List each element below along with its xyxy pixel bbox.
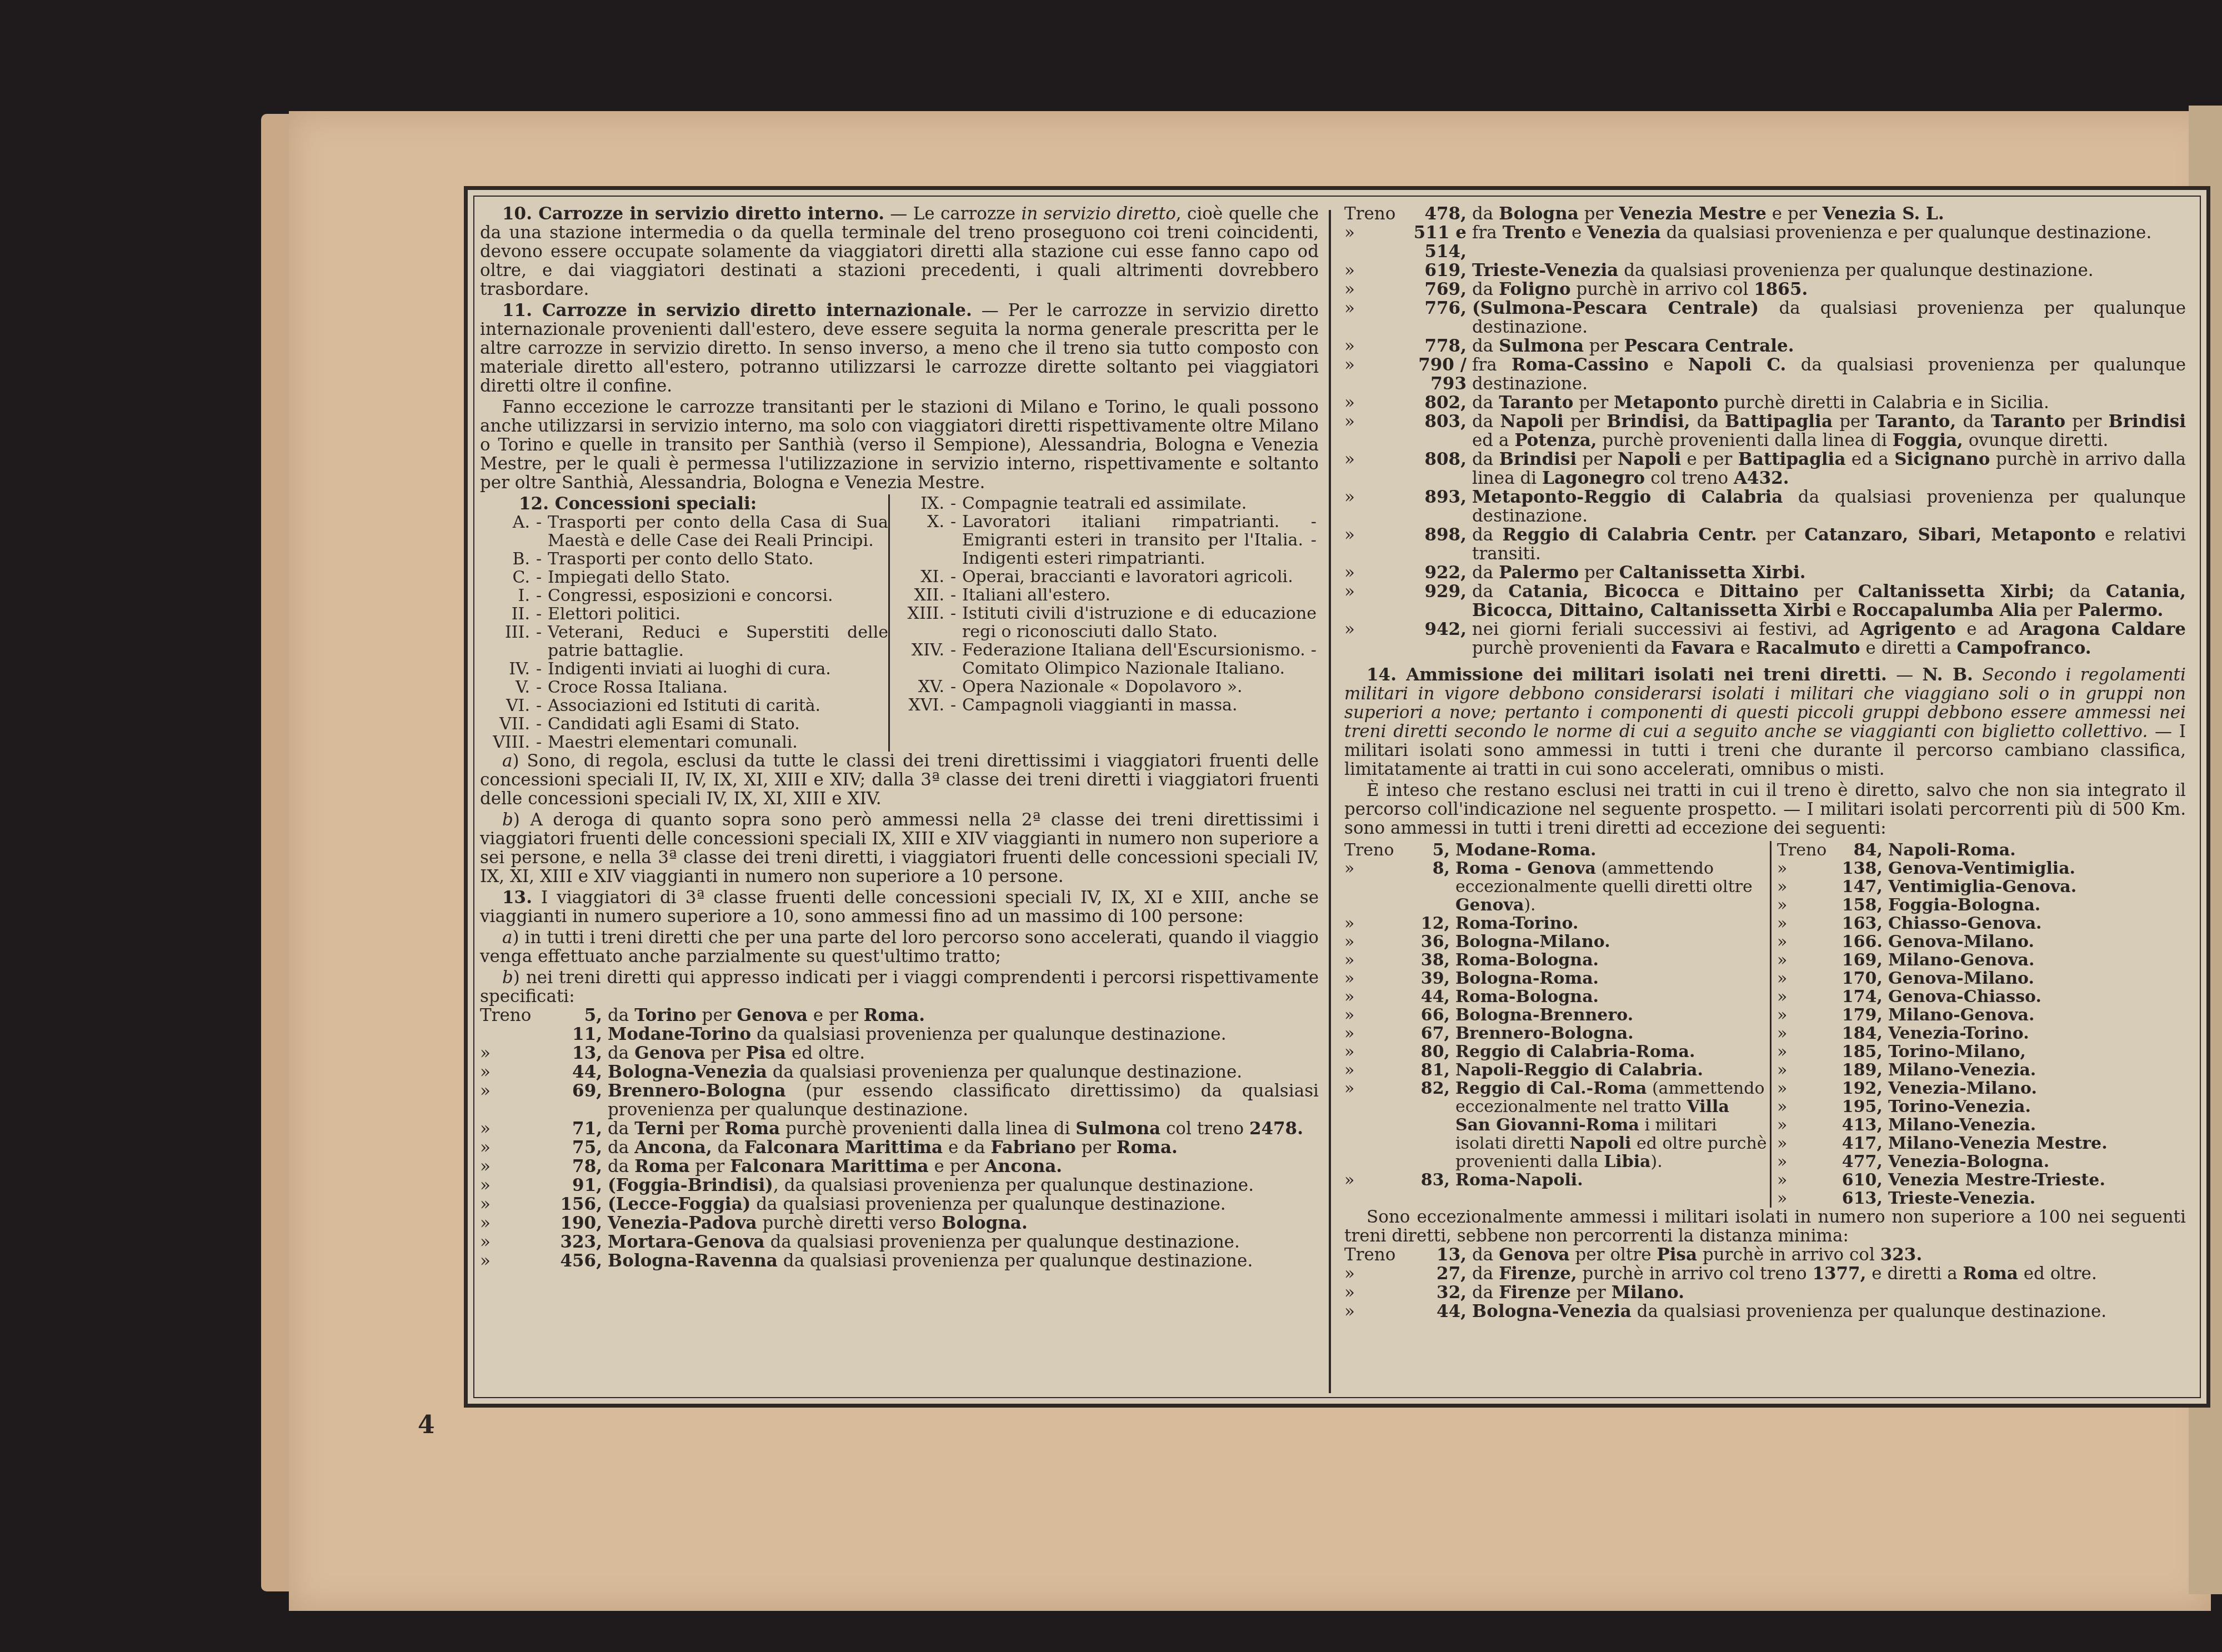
concession-item: A.-Trasporti per conto della Casa di Sua… <box>480 513 888 550</box>
section-14: 14. Ammissione dei militari isolati nei … <box>1344 665 2186 779</box>
treno-label: » <box>1344 1264 1405 1283</box>
concession-item: VIII.-Maestri elementari comunali. <box>480 733 888 752</box>
train-number: 170, <box>1833 969 1888 988</box>
train-description: Bologna-Venezia da qualsiasi provenienza… <box>1472 1302 2186 1321</box>
concessioni-left-items: A.-Trasporti per conto della Casa di Sua… <box>480 513 888 752</box>
dash-separator: - <box>944 641 962 678</box>
train-number: 38, <box>1400 951 1455 969</box>
train-row: »898,da Reggio di Calabria Centr. per Ca… <box>1344 525 2186 563</box>
concession-code: I. <box>480 587 530 605</box>
train-row: »75,da Ancona, da Falconara Marittima e … <box>480 1138 1319 1157</box>
train-number: 192, <box>1833 1079 1888 1098</box>
train-number: 5, <box>541 1006 608 1025</box>
train-description: Mortara-Genova da qualsiasi provenienza … <box>608 1233 1319 1251</box>
train-number: 166. <box>1833 933 1888 951</box>
train-row: »808,da Brindisi per Napoli e per Battip… <box>1344 450 2186 488</box>
train-number: 44, <box>1405 1302 1472 1321</box>
train-number: 138, <box>1833 859 1888 878</box>
treno-label: » <box>1344 393 1405 412</box>
train-number: 613, <box>1833 1189 1888 1208</box>
concession-code: XVI. <box>894 696 944 714</box>
military-train-row: »36,Bologna-Milano. <box>1344 933 1770 951</box>
concession-item: XII.-Italiani all'estero. <box>894 586 1317 604</box>
section-12-b: b) A deroga di quanto sopra sono però am… <box>480 810 1319 886</box>
treno-label: » <box>1344 261 1405 280</box>
train-row: Treno478,da Bologna per Venezia Mestre e… <box>1344 204 2186 223</box>
train-row: »893,Metaponto-Reggio di Calabria da qua… <box>1344 488 2186 525</box>
train-number: 179, <box>1833 1006 1888 1024</box>
military-train-row: »81,Napoli-Reggio di Calabria. <box>1344 1061 1770 1079</box>
concession-text: Associazioni ed Istituti di carità. <box>548 697 888 715</box>
treno-label: » <box>1777 1171 1833 1189</box>
train-number: 36, <box>1400 933 1455 951</box>
train-row: »13,da Genova per Pisa ed oltre. <box>480 1044 1319 1063</box>
concession-text: Elettori politici. <box>548 605 888 623</box>
concession-code: VIII. <box>480 733 530 752</box>
concession-text: Veterani, Reduci e Superstiti delle patr… <box>548 623 888 660</box>
train-row: »323,Mortara-Genova da qualsiasi proveni… <box>480 1233 1319 1251</box>
train-description: Roma-Bologna. <box>1455 951 1770 969</box>
concession-text: Lavoratori italiani rimpatrianti. - Emig… <box>962 513 1317 568</box>
train-description: Trieste-Venezia. <box>1888 1189 2186 1208</box>
treno-label: » <box>1344 1079 1400 1171</box>
treno-label: » <box>1344 1024 1400 1043</box>
dash-separator: - <box>530 678 548 697</box>
treno-label: » <box>1344 412 1405 450</box>
train-number: 67, <box>1400 1024 1455 1043</box>
train-number: 84, <box>1833 841 1888 859</box>
train-row: »69,Brennero-Bologna (pur essendo classi… <box>480 1082 1319 1119</box>
military-train-row: »8,Roma - Genova (ammettendo eccezionalm… <box>1344 859 1770 914</box>
train-number: 189, <box>1833 1061 1888 1079</box>
dash-separator: - <box>530 623 548 660</box>
train-description: Trieste-Venezia da qualsiasi provenienza… <box>1472 261 2186 280</box>
concession-text: Croce Rossa Italiana. <box>548 678 888 697</box>
military-train-row: »163,Chiasso-Genova. <box>1777 914 2186 933</box>
train-row: »802,da Taranto per Metaponto purchè dir… <box>1344 393 2186 412</box>
train-description: fra Roma-Cassino e Napoli C. da qualsias… <box>1472 356 2186 393</box>
left-column: 10. Carrozze in servizio diretto interno… <box>480 204 1319 1270</box>
treno-label: » <box>1344 951 1400 969</box>
train-description: Genova-Chiasso. <box>1888 988 2186 1006</box>
military-train-row: »195,Torino-Venezia. <box>1777 1098 2186 1116</box>
military-train-row: »12,Roma-Torino. <box>1344 914 1770 933</box>
train-description: Modane-Roma. <box>1455 841 1770 859</box>
train-description: da Roma per Falconara Marittima e per An… <box>608 1157 1319 1176</box>
treno-label: » <box>1777 969 1833 988</box>
concession-item: I.-Congressi, esposizioni e concorsi. <box>480 587 888 605</box>
train-description: Milano-Genova. <box>1888 951 2186 969</box>
train-number: 156, <box>541 1195 608 1214</box>
train-number: 158, <box>1833 896 1888 914</box>
train-row: »922,da Palermo per Caltanissetta Xirbi. <box>1344 563 2186 582</box>
train-number: 898, <box>1405 525 1472 563</box>
train-description: Genova-Ventimiglia. <box>1888 859 2186 878</box>
dash-separator: - <box>530 660 548 678</box>
train-number: 929, <box>1405 582 1472 620</box>
train-description: da Brindisi per Napoli e per Battipaglia… <box>1472 450 2186 488</box>
concession-code: C. <box>480 568 530 587</box>
concession-item: XVI.-Campagnoli viaggianti in massa. <box>894 696 1317 714</box>
treno-label: » <box>1777 896 1833 914</box>
train-description: da Torino per Genova e per Roma. <box>608 1006 1319 1025</box>
treno-label: » <box>480 1044 541 1063</box>
train-description: Roma-Napoli. <box>1455 1171 1770 1189</box>
concession-text: Trasporti per conto della Casa di Sua Ma… <box>548 513 888 550</box>
military-train-row: »185,Torino-Milano, <box>1777 1043 2186 1061</box>
train-description: Bologna-Roma. <box>1455 969 1770 988</box>
train-number: 147, <box>1833 878 1888 896</box>
treno-label: » <box>1344 280 1405 299</box>
train-number: 91, <box>541 1176 608 1195</box>
train-description: Torino-Venezia. <box>1888 1098 2186 1116</box>
concession-text: Operai, braccianti e lavoratori agricoli… <box>962 568 1317 586</box>
train-row: »803,da Napoli per Brindisi, da Battipag… <box>1344 412 2186 450</box>
treno-label: » <box>1777 1134 1833 1153</box>
dash-separator: - <box>530 550 548 568</box>
train-description: da Genova per oltre Pisa purchè in arriv… <box>1472 1245 2186 1264</box>
train-description: Ventimiglia-Genova. <box>1888 878 2186 896</box>
train-description: da Firenze, purchè in arrivo col treno 1… <box>1472 1264 2186 1283</box>
train-description: Chiasso-Genova. <box>1888 914 2186 933</box>
concession-code: XV. <box>894 678 944 696</box>
train-number: 32, <box>1405 1283 1472 1302</box>
military-train-row: Treno84,Napoli-Roma. <box>1777 841 2186 859</box>
train-description: Venezia Mestre-Trieste. <box>1888 1171 2186 1189</box>
train-row: »190,Venezia-Padova purchè diretti verso… <box>480 1214 1319 1233</box>
treno-label: » <box>1777 1061 1833 1079</box>
train-row: »456,Bologna-Ravenna da qualsiasi proven… <box>480 1251 1319 1270</box>
concession-item: B.-Trasporti per conto dello Stato. <box>480 550 888 568</box>
dash-separator: - <box>530 568 548 587</box>
concession-item: XV.-Opera Nazionale « Dopolavoro ». <box>894 678 1317 696</box>
train-number: 83, <box>1400 1171 1455 1189</box>
train-row: »790 / 793fra Roma-Cassino e Napoli C. d… <box>1344 356 2186 393</box>
train-number: 163, <box>1833 914 1888 933</box>
treno-label: » <box>1777 1153 1833 1171</box>
train-number: 776, <box>1405 299 1472 337</box>
treno-label: » <box>1777 914 1833 933</box>
train-number: 477, <box>1833 1153 1888 1171</box>
train-row: 11,Modane-Torino da qualsiasi provenienz… <box>480 1025 1319 1044</box>
train-row: »942,nei giorni feriali successivi ai fe… <box>1344 620 2186 658</box>
military-exceptions-left: Treno5,Modane-Roma.»8,Roma - Genova (amm… <box>1344 841 1770 1208</box>
concession-text: Impiegati dello Stato. <box>548 568 888 587</box>
train-row: Treno5,da Torino per Genova e per Roma. <box>480 1006 1319 1025</box>
train-number: 174, <box>1833 988 1888 1006</box>
train-number: 169, <box>1833 951 1888 969</box>
train-number: 78, <box>541 1157 608 1176</box>
treno-label: Treno <box>1777 841 1833 859</box>
military-train-row: »67,Brennero-Bologna. <box>1344 1024 1770 1043</box>
military-train-row: »170,Genova-Milano. <box>1777 969 2186 988</box>
train-row: »619,Trieste-Venezia da qualsiasi proven… <box>1344 261 2186 280</box>
train-number: 185, <box>1833 1043 1888 1061</box>
train-description: (Lecce-Foggia) da qualsiasi provenienza … <box>608 1195 1319 1214</box>
dash-separator: - <box>530 513 548 550</box>
treno-label: » <box>480 1251 541 1270</box>
concession-code: X. <box>894 513 944 568</box>
train-row: »78,da Roma per Falconara Marittima e pe… <box>480 1157 1319 1176</box>
treno-label: » <box>1777 1079 1833 1098</box>
military-train-row: »184,Venezia-Torino. <box>1777 1024 2186 1043</box>
treno-label: » <box>1344 620 1405 658</box>
train-description: da Palermo per Caltanissetta Xirbi. <box>1472 563 2186 582</box>
section-13-a: a) in tutti i treni diretti che per una … <box>480 928 1319 966</box>
treno-label: » <box>1344 1302 1405 1321</box>
treno-label: » <box>1777 951 1833 969</box>
concession-item: XI.-Operai, braccianti e lavoratori agri… <box>894 568 1317 586</box>
military-train-row: Treno5,Modane-Roma. <box>1344 841 1770 859</box>
treno-label: » <box>1777 933 1833 951</box>
concession-item: C.-Impiegati dello Stato. <box>480 568 888 587</box>
concession-text: Trasporti per conto dello Stato. <box>548 550 888 568</box>
train-number: 81, <box>1400 1061 1455 1079</box>
concession-item: VII.-Candidati agli Esami di Stato. <box>480 715 888 733</box>
military-train-row: »83,Roma-Napoli. <box>1344 1171 1770 1189</box>
concession-item: IV.-Indigenti inviati ai luoghi di cura. <box>480 660 888 678</box>
page-number: 4 <box>418 1411 435 1439</box>
concession-item: X.-Lavoratori italiani rimpatrianti. - E… <box>894 513 1317 568</box>
treno-label: » <box>1344 337 1405 356</box>
treno-label: Treno <box>1344 841 1400 859</box>
dash-separator: - <box>530 733 548 752</box>
treno-label <box>480 1025 541 1044</box>
train-number: 619, <box>1405 261 1472 280</box>
concession-text: Congressi, esposizioni e concorsi. <box>548 587 888 605</box>
train-description: da Reggio di Calabria Centr. per Catanza… <box>1472 525 2186 563</box>
train-description: da Bologna per Venezia Mestre e per Vene… <box>1472 204 2186 223</box>
treno-label: » <box>480 1214 541 1233</box>
train-number: 13, <box>1405 1245 1472 1264</box>
military-train-row: »610,Venezia Mestre-Trieste. <box>1777 1171 2186 1189</box>
column-divider <box>1329 210 1331 1393</box>
dash-separator: - <box>944 678 962 696</box>
treno-label: » <box>1344 488 1405 525</box>
train-description: Milano-Venezia Mestre. <box>1888 1134 2186 1153</box>
dash-separator: - <box>944 513 962 568</box>
treno-label: » <box>480 1119 541 1138</box>
train-description: Metaponto-Reggio di Calabria da qualsias… <box>1472 488 2186 525</box>
military-train-row: »192,Venezia-Milano. <box>1777 1079 2186 1098</box>
train-number: 893, <box>1405 488 1472 525</box>
train-description: Genova-Milano. <box>1888 969 2186 988</box>
train-number: 82, <box>1400 1079 1455 1171</box>
train-description: Milano-Venezia. <box>1888 1061 2186 1079</box>
train-number: 413, <box>1833 1116 1888 1134</box>
train-number: 942, <box>1405 620 1472 658</box>
dash-separator: - <box>530 605 548 623</box>
text-frame: 10. Carrozze in servizio diretto interno… <box>464 186 2210 1408</box>
treno-label: Treno <box>480 1006 541 1025</box>
treno-label: » <box>1344 450 1405 488</box>
treno-label: » <box>1777 1043 1833 1061</box>
section-10: 10. Carrozze in servizio diretto interno… <box>480 204 1319 299</box>
treno-label: » <box>1777 859 1833 878</box>
treno-label: » <box>1344 525 1405 563</box>
treno-label: » <box>1777 1189 1833 1208</box>
train-number: 80, <box>1400 1043 1455 1061</box>
military-train-row: »82,Reggio di Cal.-Roma (ammettendo ecce… <box>1344 1079 1770 1171</box>
military-train-row: »174,Genova-Chiasso. <box>1777 988 2186 1006</box>
military-train-row: »158,Foggia-Bologna. <box>1777 896 2186 914</box>
section-13-b: b) nei treni diretti qui appresso indica… <box>480 968 1319 1006</box>
train-row: »778,da Sulmona per Pescara Centrale. <box>1344 337 2186 356</box>
military-exceptions: Treno5,Modane-Roma.»8,Roma - Genova (amm… <box>1344 841 2186 1208</box>
treno-label: » <box>1344 1171 1400 1189</box>
train-description: Genova-Milano. <box>1888 933 2186 951</box>
military-train-row: »417,Milano-Venezia Mestre. <box>1777 1134 2186 1153</box>
concessioni-list: 12. Concessioni speciali: A.-Trasporti p… <box>480 494 1319 752</box>
military-train-row: »44,Roma-Bologna. <box>1344 988 1770 1006</box>
treno-label: » <box>1344 1006 1400 1024</box>
concessioni-left: 12. Concessioni speciali: A.-Trasporti p… <box>480 494 888 752</box>
train-number: 69, <box>541 1082 608 1119</box>
concession-text: Candidati agli Esami di Stato. <box>548 715 888 733</box>
treno-label: » <box>480 1063 541 1082</box>
concession-text: Compagnie teatrali ed assimilate. <box>962 494 1317 513</box>
right-column: Treno478,da Bologna per Venezia Mestre e… <box>1344 204 2186 1321</box>
concession-code: IV. <box>480 660 530 678</box>
train-description: da Napoli per Brindisi, da Battipaglia p… <box>1472 412 2186 450</box>
train-number: 8, <box>1400 859 1455 914</box>
treno-label: Treno <box>1344 204 1405 223</box>
train-number: 511 e 514, <box>1405 223 1472 261</box>
train-number: 12, <box>1400 914 1455 933</box>
treno-label: » <box>1777 878 1833 896</box>
train-row: »91,(Foggia-Brindisi), da qualsiasi prov… <box>480 1176 1319 1195</box>
train-number: 195, <box>1833 1098 1888 1116</box>
train-description: Modane-Torino da qualsiasi provenienza p… <box>608 1025 1319 1044</box>
concession-text: Italiani all'estero. <box>962 586 1317 604</box>
concession-code: XI. <box>894 568 944 586</box>
military-train-row: »179,Milano-Genova. <box>1777 1006 2186 1024</box>
train-number: 27, <box>1405 1264 1472 1283</box>
concession-code: IX. <box>894 494 944 513</box>
train-row: »929,da Catania, Bicocca e Dittaino per … <box>1344 582 2186 620</box>
train-number: 610, <box>1833 1171 1888 1189</box>
concession-code: VI. <box>480 697 530 715</box>
train-description: Bologna-Brennero. <box>1455 1006 1770 1024</box>
train-description: Torino-Milano, <box>1888 1043 2186 1061</box>
train-description: (Foggia-Brindisi), da qualsiasi provenie… <box>608 1176 1319 1195</box>
treno-label: Treno <box>1344 1245 1405 1264</box>
train-row: »776,(Sulmona-Pescara Centrale) da quals… <box>1344 299 2186 337</box>
train-description: fra Trento e Venezia da qualsiasi proven… <box>1472 223 2186 261</box>
concession-item: VI.-Associazioni ed Istituti di carità. <box>480 697 888 715</box>
train-number: 417, <box>1833 1134 1888 1153</box>
military-train-row: »38,Roma-Bologna. <box>1344 951 1770 969</box>
concession-text: Campagnoli viaggianti in massa. <box>962 696 1317 714</box>
train-description: Bologna-Ravenna da qualsiasi provenienza… <box>608 1251 1319 1270</box>
dash-separator: - <box>944 494 962 513</box>
train-number: 190, <box>541 1214 608 1233</box>
concession-text: Maestri elementari comunali. <box>548 733 888 752</box>
concession-item: II.-Elettori politici. <box>480 605 888 623</box>
train-row: »44,Bologna-Venezia da qualsiasi proveni… <box>480 1063 1319 1082</box>
concession-item: XIV.-Federazione Italiana dell'Escursion… <box>894 641 1317 678</box>
train-number: 184, <box>1833 1024 1888 1043</box>
train-description: da Taranto per Metaponto purchè diretti … <box>1472 393 2186 412</box>
treno-label: » <box>480 1157 541 1176</box>
concession-text: Opera Nazionale « Dopolavoro ». <box>962 678 1317 696</box>
train-number: 808, <box>1405 450 1472 488</box>
dash-separator: - <box>944 568 962 586</box>
train-number: 44, <box>541 1063 608 1082</box>
military-exceptions-right: Treno84,Napoli-Roma.»138,Genova-Ventimig… <box>1770 841 2186 1208</box>
train-description: Napoli-Roma. <box>1888 841 2186 859</box>
treno-label: » <box>480 1195 541 1214</box>
train-description: Venezia-Bologna. <box>1888 1153 2186 1171</box>
treno-label: » <box>1344 969 1400 988</box>
section-13: 13. I viaggiatori di 3ª classe fruenti d… <box>480 888 1319 926</box>
train-description: Bologna-Venezia da qualsiasi provenienza… <box>608 1063 1319 1082</box>
concession-text: Federazione Italiana dell'Escursionismo.… <box>962 641 1317 678</box>
train-number: 456, <box>541 1251 608 1270</box>
concession-code: II. <box>480 605 530 623</box>
train-number: 75, <box>541 1138 608 1157</box>
train-number: 13, <box>541 1044 608 1063</box>
train-description: da Ancona, da Falconara Marittima e da F… <box>608 1138 1319 1157</box>
concession-code: XIV. <box>894 641 944 678</box>
train-row: »511 e 514,fra Trento e Venezia da quals… <box>1344 223 2186 261</box>
treno-label: » <box>480 1176 541 1195</box>
treno-label: » <box>1344 223 1405 261</box>
train-description: Napoli-Reggio di Calabria. <box>1455 1061 1770 1079</box>
train-description: Roma - Genova (ammettendo eccezionalment… <box>1455 859 1770 914</box>
military-train-row: »147,Ventimiglia-Genova. <box>1777 878 2186 896</box>
train-number: 44, <box>1400 988 1455 1006</box>
train-number: 478, <box>1405 204 1472 223</box>
military-train-row: »166.Genova-Milano. <box>1777 933 2186 951</box>
train-description: da Genova per Pisa ed oltre. <box>608 1044 1319 1063</box>
treno-label: » <box>1344 914 1400 933</box>
train-description: Venezia-Padova purchè diretti verso Bolo… <box>608 1214 1319 1233</box>
concession-item: V.-Croce Rossa Italiana. <box>480 678 888 697</box>
military-train-row: »138,Genova-Ventimiglia. <box>1777 859 2186 878</box>
dash-separator: - <box>944 696 962 714</box>
section-12-a: a) Sono, di regola, esclusi da tutte le … <box>480 752 1319 808</box>
military-train-row: »80,Reggio di Calabria-Roma. <box>1344 1043 1770 1061</box>
concession-item: XIII.-Istituti civili d'istruzione e di … <box>894 604 1317 641</box>
train-number: 11, <box>541 1025 608 1044</box>
train-number: 769, <box>1405 280 1472 299</box>
train-description: Venezia-Torino. <box>1888 1024 2186 1043</box>
treno-label: » <box>1777 1116 1833 1134</box>
train-description: (Sulmona-Pescara Centrale) da qualsiasi … <box>1472 299 2186 337</box>
treno-label: » <box>1344 1043 1400 1061</box>
treno-label: » <box>1344 1061 1400 1079</box>
concession-code: B. <box>480 550 530 568</box>
train-description: da Firenze per Milano. <box>1472 1283 2186 1302</box>
concession-code: XII. <box>894 586 944 604</box>
train-number: 803, <box>1405 412 1472 450</box>
train-number: 778, <box>1405 337 1472 356</box>
military-train-row: »66,Bologna-Brennero. <box>1344 1006 1770 1024</box>
concession-code: XIII. <box>894 604 944 641</box>
military-train-row: »169,Milano-Genova. <box>1777 951 2186 969</box>
treno-label: » <box>480 1233 541 1251</box>
train-row: »32,da Firenze per Milano. <box>1344 1283 2186 1302</box>
train-description: nei giorni feriali successivi ai festivi… <box>1472 620 2186 658</box>
concession-code: III. <box>480 623 530 660</box>
train-row: »71,da Terni per Roma purchè provenienti… <box>480 1119 1319 1138</box>
train-description: Reggio di Calabria-Roma. <box>1455 1043 1770 1061</box>
train-description: Reggio di Cal.-Roma (ammettendo eccezion… <box>1455 1079 1770 1171</box>
trains-13-list: Treno5,da Torino per Genova e per Roma.1… <box>480 1006 1319 1270</box>
concession-code: V. <box>480 678 530 697</box>
concession-item: III.-Veterani, Reduci e Superstiti delle… <box>480 623 888 660</box>
